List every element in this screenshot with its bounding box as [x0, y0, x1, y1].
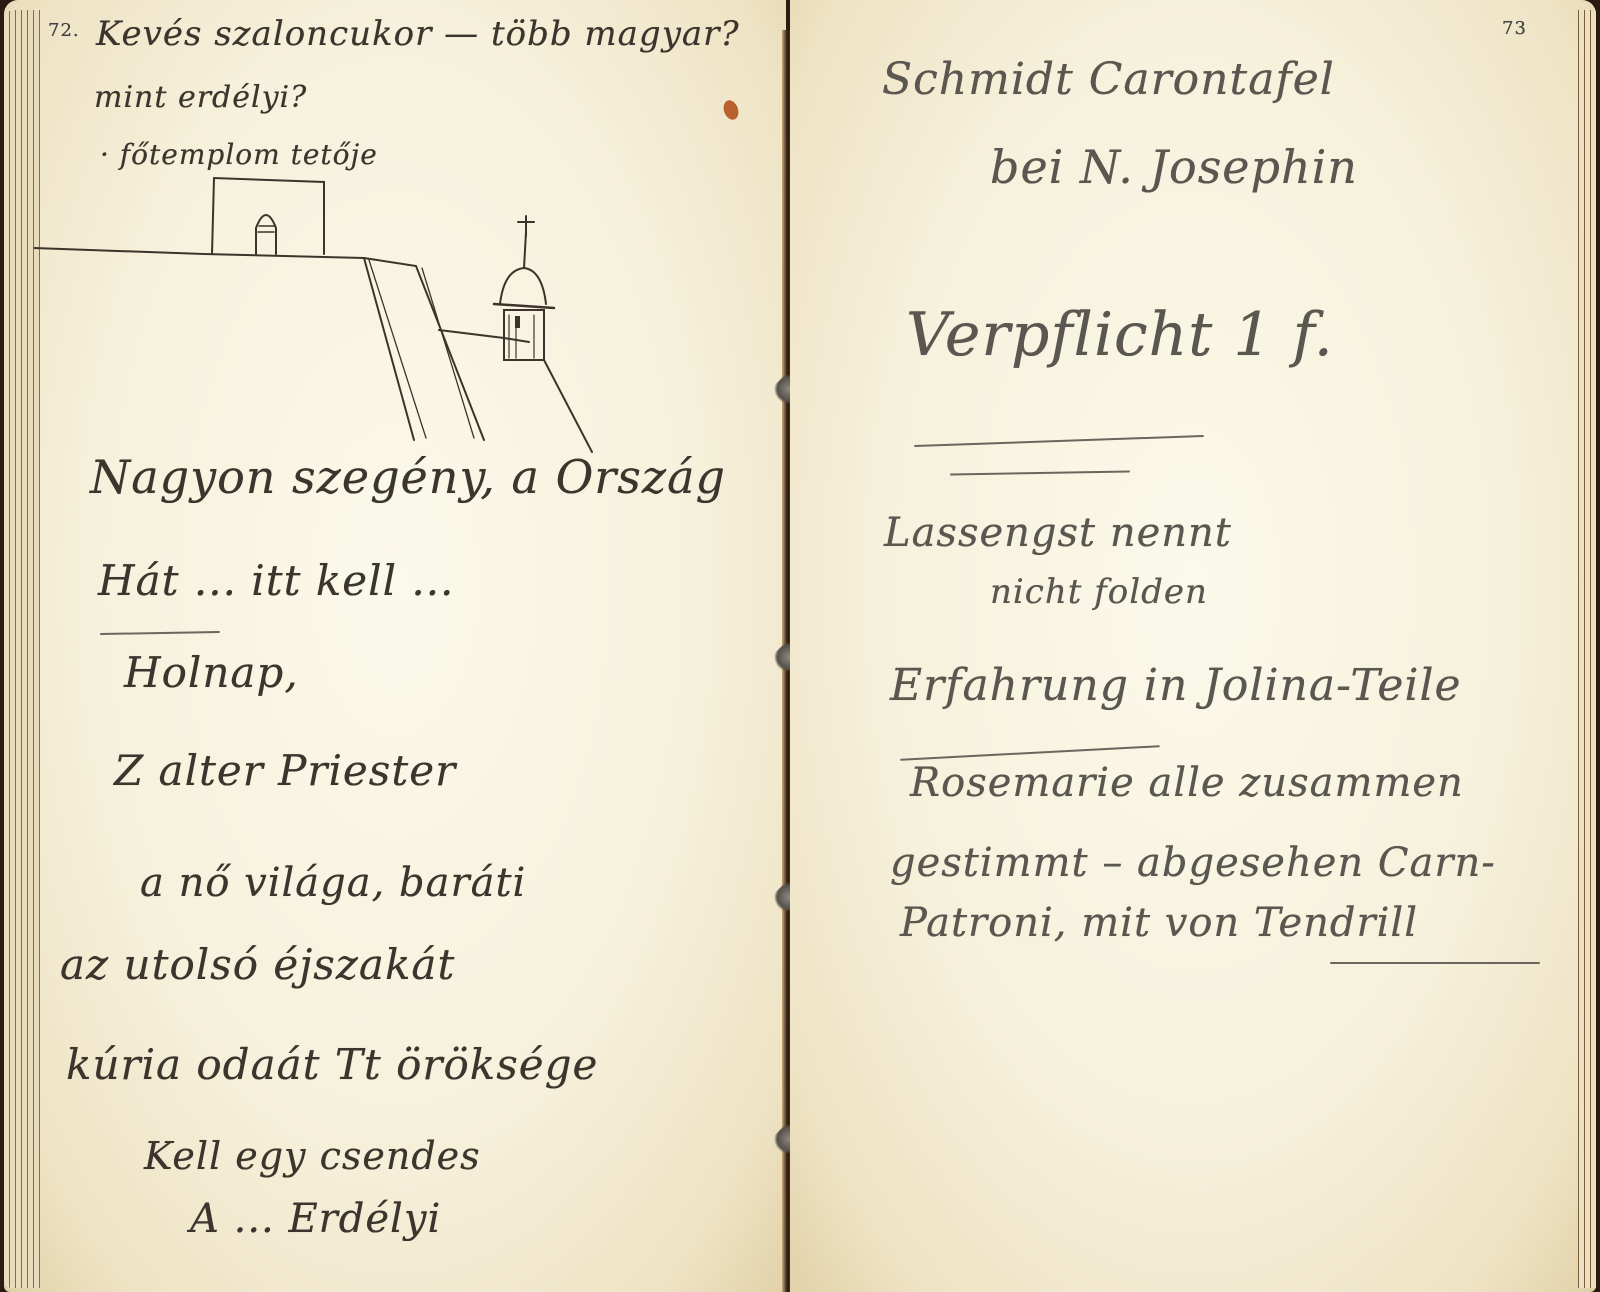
- handwritten-line: A ... Erdélyi: [190, 1196, 441, 1242]
- page-edges-right: [1578, 10, 1596, 1288]
- underline-stroke: [1330, 962, 1540, 964]
- handwritten-line: Lassengst nennt: [884, 510, 1232, 556]
- handwritten-line: gestimmt – abgesehen Carn-: [890, 840, 1496, 886]
- handwritten-line: Hát ... itt kell ...: [98, 556, 454, 605]
- pointed-arch-door: [256, 215, 276, 254]
- right-page: 73 Schmidt Carontafel bei N. Josephin Ve…: [790, 0, 1596, 1292]
- handwritten-line: Erfahrung in Jolina-Teile: [890, 660, 1462, 711]
- handwritten-line: Patroni, mit von Tendrill: [900, 900, 1418, 946]
- handwritten-line: Kevés szaloncukor — több magyar?: [96, 14, 740, 54]
- pen-sketch: [34, 170, 634, 460]
- bell-tower: [504, 310, 544, 360]
- page-number-left: 72.: [48, 20, 80, 41]
- handwritten-line: Kell egy csendes: [144, 1134, 481, 1178]
- onion-dome: [500, 268, 546, 304]
- notebook-spread: 72. Kevés szaloncukor — több magyar? min…: [0, 0, 1600, 1292]
- horizon-line: [34, 248, 364, 258]
- underline-stroke: [900, 745, 1160, 761]
- double-underline: [914, 435, 1204, 447]
- handwritten-line: bei N. Josephin: [990, 140, 1358, 194]
- handwritten-line: Holnap,: [124, 648, 299, 697]
- handwritten-line: Schmidt Carontafel: [882, 54, 1335, 105]
- handwritten-line: Nagyon szegény, a Ország: [90, 450, 726, 504]
- handwritten-line: Rosemarie alle zusammen: [910, 760, 1464, 806]
- handwritten-line: a nő világa, baráti: [140, 860, 526, 906]
- underline-stroke: [100, 631, 220, 635]
- page-number-right: 73: [1502, 18, 1527, 39]
- handwritten-line: Verpflicht 1 f.: [906, 300, 1334, 370]
- handwritten-line: kúria odaát Tt öröksége: [66, 1040, 598, 1089]
- cross: [518, 216, 534, 236]
- handwritten-line: az utolsó éjszakát: [60, 940, 455, 989]
- sloping-wall: [364, 258, 414, 440]
- handwritten-line: mint erdélyi?: [94, 80, 307, 115]
- left-page: 72. Kevés szaloncukor — több magyar? min…: [4, 0, 786, 1292]
- handwritten-line: nicht folden: [990, 572, 1208, 612]
- double-underline: [950, 470, 1130, 475]
- handwritten-line: Z alter Priester: [114, 746, 456, 795]
- rust-stain: [721, 98, 741, 122]
- handwritten-line: · főtemplom tetője: [100, 138, 378, 171]
